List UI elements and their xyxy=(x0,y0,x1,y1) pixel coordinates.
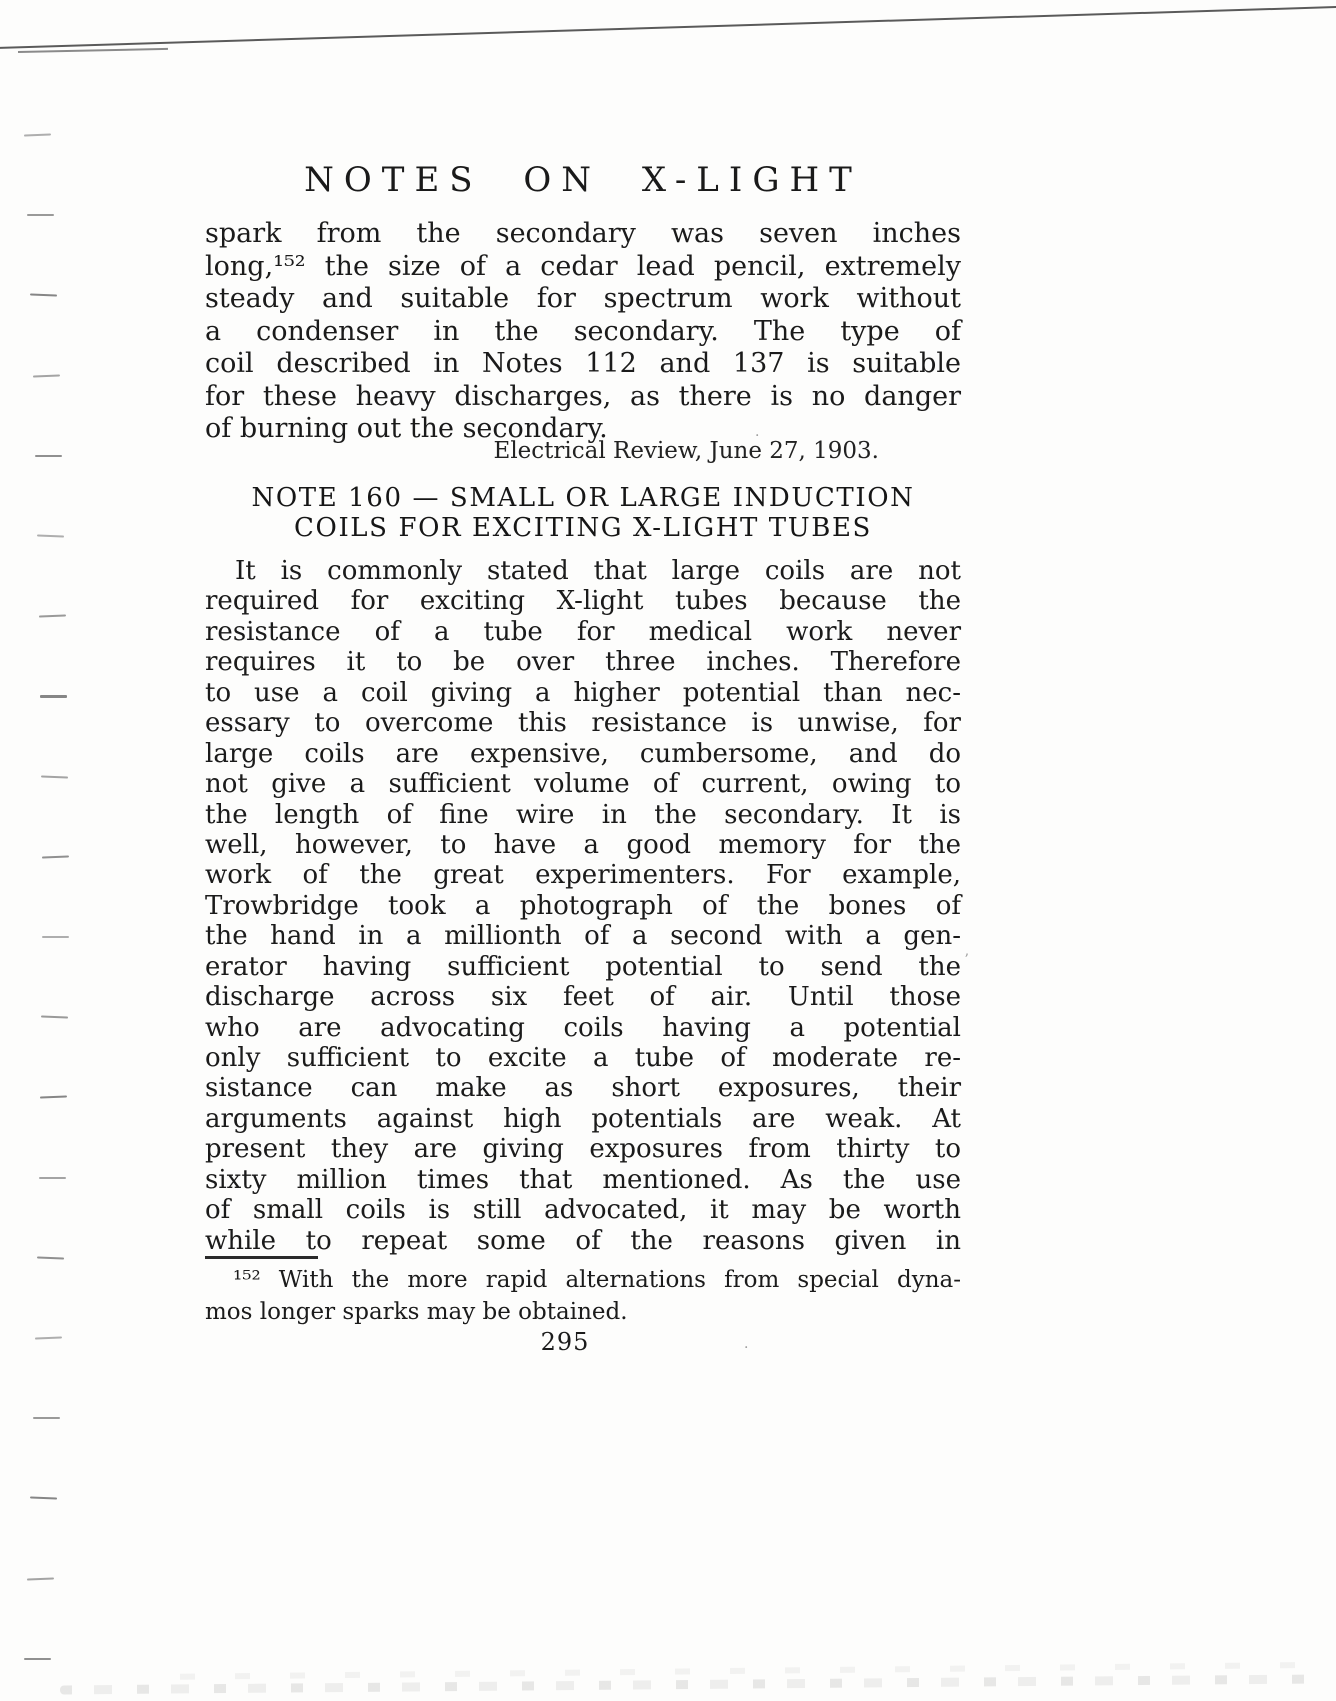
note-heading: NOTE 160 — SMALL OR LARGE INDUCTION COIL… xyxy=(205,484,961,543)
page-number: 295 xyxy=(205,1328,961,1356)
text-line: to use a coil giving a higher potential … xyxy=(205,678,961,708)
text-line: coil described in Notes 112 and 137 is s… xyxy=(205,348,961,381)
source-attribution: Electrical Review, June 27, 1903. xyxy=(205,438,961,464)
margin-tick xyxy=(40,695,67,697)
margin-tick xyxy=(30,294,57,297)
text-line: for these heavy discharges, as there is … xyxy=(205,381,961,414)
margin-tick xyxy=(39,1177,66,1179)
margin-tick xyxy=(33,374,60,377)
margin-tick xyxy=(33,1417,60,1419)
paragraph-continuation: spark from the secondary was seven inche… xyxy=(205,218,961,446)
margin-tick xyxy=(41,775,68,778)
text-line: work of the great experimenters. For exa… xyxy=(205,860,961,890)
text-line: discharge across six feet of air. Until … xyxy=(205,982,961,1012)
text-line: long,¹⁵² the size of a cedar lead pencil… xyxy=(205,251,961,284)
scan-speck: ʼ xyxy=(964,952,968,968)
text-line: spark from the secondary was seven inche… xyxy=(205,218,961,251)
text-line: present they are giving exposures from t… xyxy=(205,1134,961,1164)
margin-tick xyxy=(24,133,51,136)
margin-tick xyxy=(35,455,62,457)
text-line: a condenser in the secondary. The type o… xyxy=(205,316,961,349)
text-line: requires it to be over three inches. The… xyxy=(205,647,961,677)
margin-tick xyxy=(35,1336,62,1339)
running-head: NOTES ON X-LIGHT xyxy=(205,160,961,200)
text-line: required for exciting X-light tubes beca… xyxy=(205,586,961,616)
scan-edge-line-fragment xyxy=(18,48,168,53)
margin-tick xyxy=(37,534,64,537)
margin-tick xyxy=(41,1016,68,1019)
footnote: ¹⁵² With the more rapid alternations fro… xyxy=(205,1264,961,1328)
margin-tick xyxy=(39,615,66,618)
text-line: It is commonly stated that large coils a… xyxy=(205,556,961,586)
margin-tick xyxy=(24,1658,51,1660)
text-line: of small coils is still advocated, it ma… xyxy=(205,1195,961,1225)
text-line: Trowbridge took a photograph of the bone… xyxy=(205,891,961,921)
footnote-separator-rule xyxy=(205,1256,318,1259)
text-line: the hand in a millionth of a second with… xyxy=(205,921,961,951)
text-line: only sufficient to excite a tube of mode… xyxy=(205,1043,961,1073)
scanned-page: ʼ · · NOTES ON X-LIGHT spark from the se… xyxy=(0,0,1336,1701)
text-line: steady and suitable for spectrum work wi… xyxy=(205,283,961,316)
margin-tick xyxy=(37,1256,64,1259)
margin-tick xyxy=(42,855,69,858)
margin-tick xyxy=(27,1577,54,1580)
text-line: arguments against high potentials are we… xyxy=(205,1104,961,1134)
note-heading-line2: COILS FOR EXCITING X-LIGHT TUBES xyxy=(205,514,961,544)
text-line: sixty million times that mentioned. As t… xyxy=(205,1165,961,1195)
margin-tick xyxy=(27,214,54,216)
margin-tick xyxy=(42,936,69,938)
text-line: well, however, to have a good memory for… xyxy=(205,830,961,860)
note-heading-line1: NOTE 160 — SMALL OR LARGE INDUCTION xyxy=(205,484,961,514)
footnote-line: ¹⁵² With the more rapid alternations fro… xyxy=(205,1264,961,1296)
text-line: who are advocating coils having a potent… xyxy=(205,1013,961,1043)
text-line: essary to overcome this resistance is un… xyxy=(205,708,961,738)
text-line: resistance of a tube for medical work ne… xyxy=(205,617,961,647)
text-line: the length of fine wire in the secondary… xyxy=(205,800,961,830)
text-line: erator having sufficient potential to se… xyxy=(205,952,961,982)
margin-tick xyxy=(40,1096,67,1099)
text-line: not give a sufficient volume of current,… xyxy=(205,769,961,799)
text-line: while to repeat some of the reasons give… xyxy=(205,1226,961,1256)
margin-tick xyxy=(30,1497,57,1500)
text-line: large coils are expensive, cumbersome, a… xyxy=(205,739,961,769)
scan-edge-line xyxy=(0,6,1336,50)
text-line: sistance can make as short exposures, th… xyxy=(205,1073,961,1103)
footnote-line: mos longer sparks may be obtained. xyxy=(205,1296,961,1328)
note-body-paragraph: It is commonly stated that large coils a… xyxy=(205,556,961,1256)
